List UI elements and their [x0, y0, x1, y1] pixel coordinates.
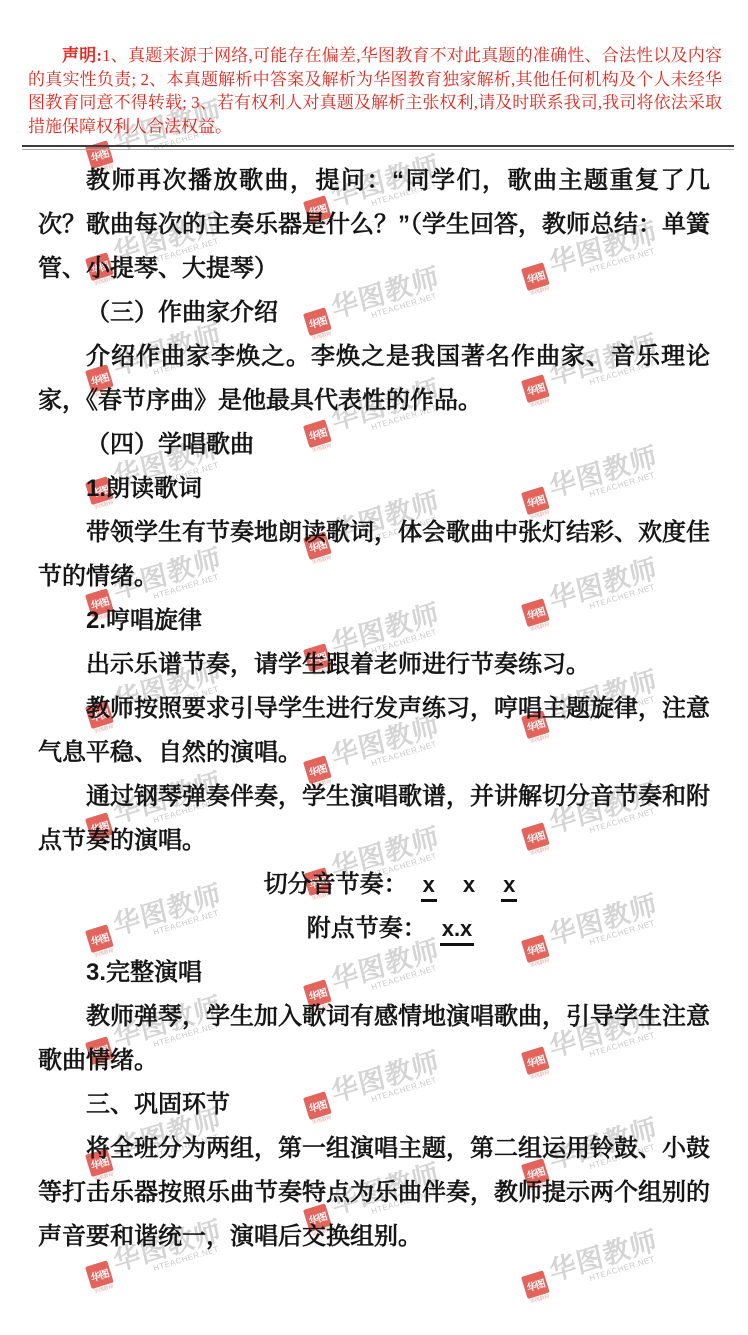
rhythm-note: x.x [440, 918, 475, 946]
huatu-logo-icon: 华图 [521, 1270, 550, 1299]
separator-line [22, 145, 734, 150]
rhythm-line: 附点节奏：x.x [38, 907, 710, 951]
rhythm-note: x [421, 874, 437, 902]
watermark-logo-subtext: 华图教师 [93, 1284, 114, 1296]
disclaimer-label: 声明: [62, 46, 102, 65]
paragraph: 介绍作曲家李焕之。李焕之是我国著名作曲家、音乐理论家，《春节序曲》是他最具代表性… [38, 335, 710, 423]
paragraph: 出示乐谱节奏，请学生跟着老师进行节奏练习。 [38, 643, 710, 687]
watermark-logo-subtext: 华图教师 [529, 1294, 550, 1306]
rhythm-note: x [463, 874, 475, 896]
rhythm-label: 切分音节奏： [264, 871, 408, 898]
paragraph: 2.哼唱旋律 [38, 599, 710, 643]
document-page: 华图华图教师华图教师HTEACHER.NET华图华图教师华图教师HTEACHER… [0, 0, 748, 1335]
paragraph: 3.完整演唱 [38, 951, 710, 995]
document-content: 声明:1、真题来源于网络,可能存在偏差,华图教育不对此真题的准确性、合法性以及内… [0, 44, 748, 1259]
rhythm-note: x [501, 874, 517, 902]
huatu-logo-icon: 华图 [85, 1260, 114, 1289]
paragraph: 1.朗读歌词 [38, 467, 710, 511]
watermark-logo-wrap: 华图华图教师 [85, 1260, 116, 1295]
disclaimer-text: 1、真题来源于网络,可能存在偏差,华图教育不对此真题的准确性、合法性以及内容的真… [28, 46, 722, 136]
paragraph: （三）作曲家介绍 [38, 291, 710, 335]
paragraph: 带领学生有节奏地朗读歌词，体会歌曲中张灯结彩、欢度佳节的情绪。 [38, 511, 710, 599]
section-heading: 三、巩固环节 [38, 1083, 710, 1127]
paragraph: 教师按照要求引导学生进行发声练习，哼唱主题旋律，注意气息平稳、自然的演唱。 [38, 687, 710, 775]
paragraph: 教师再次播放歌曲，提问：“同学们，歌曲主题重复了几次？歌曲每次的主奏乐器是什么？… [38, 159, 710, 291]
rhythm-label: 附点节奏： [307, 915, 427, 942]
watermark: 华图华图教师华图教师HTEACHER.NET [524, 1273, 665, 1303]
watermark: 华图华图教师华图教师HTEACHER.NET [88, 1263, 229, 1293]
disclaimer: 声明:1、真题来源于网络,可能存在偏差,华图教育不对此真题的准确性、合法性以及内… [28, 44, 722, 138]
document-body: 教师再次播放歌曲，提问：“同学们，歌曲主题重复了几次？歌曲每次的主奏乐器是什么？… [38, 159, 710, 1259]
paragraph: 通过钢琴弹奏伴奏，学生演唱歌谱，并讲解切分音节奏和附点节奏的演唱。 [38, 775, 710, 863]
paragraph: 教师弹琴，学生加入歌词有感情地演唱歌曲，引导学生注意歌曲情绪。 [38, 995, 710, 1083]
paragraph: 将全班分为两组，第一组演唱主题，第二组运用铃鼓、小鼓等打击乐器按照乐曲节奏特点为… [38, 1127, 710, 1259]
watermark-logo-wrap: 华图华图教师 [521, 1270, 552, 1305]
paragraph: （四）学唱歌曲 [38, 423, 710, 467]
rhythm-line: 切分音节奏：xxx [38, 863, 710, 907]
